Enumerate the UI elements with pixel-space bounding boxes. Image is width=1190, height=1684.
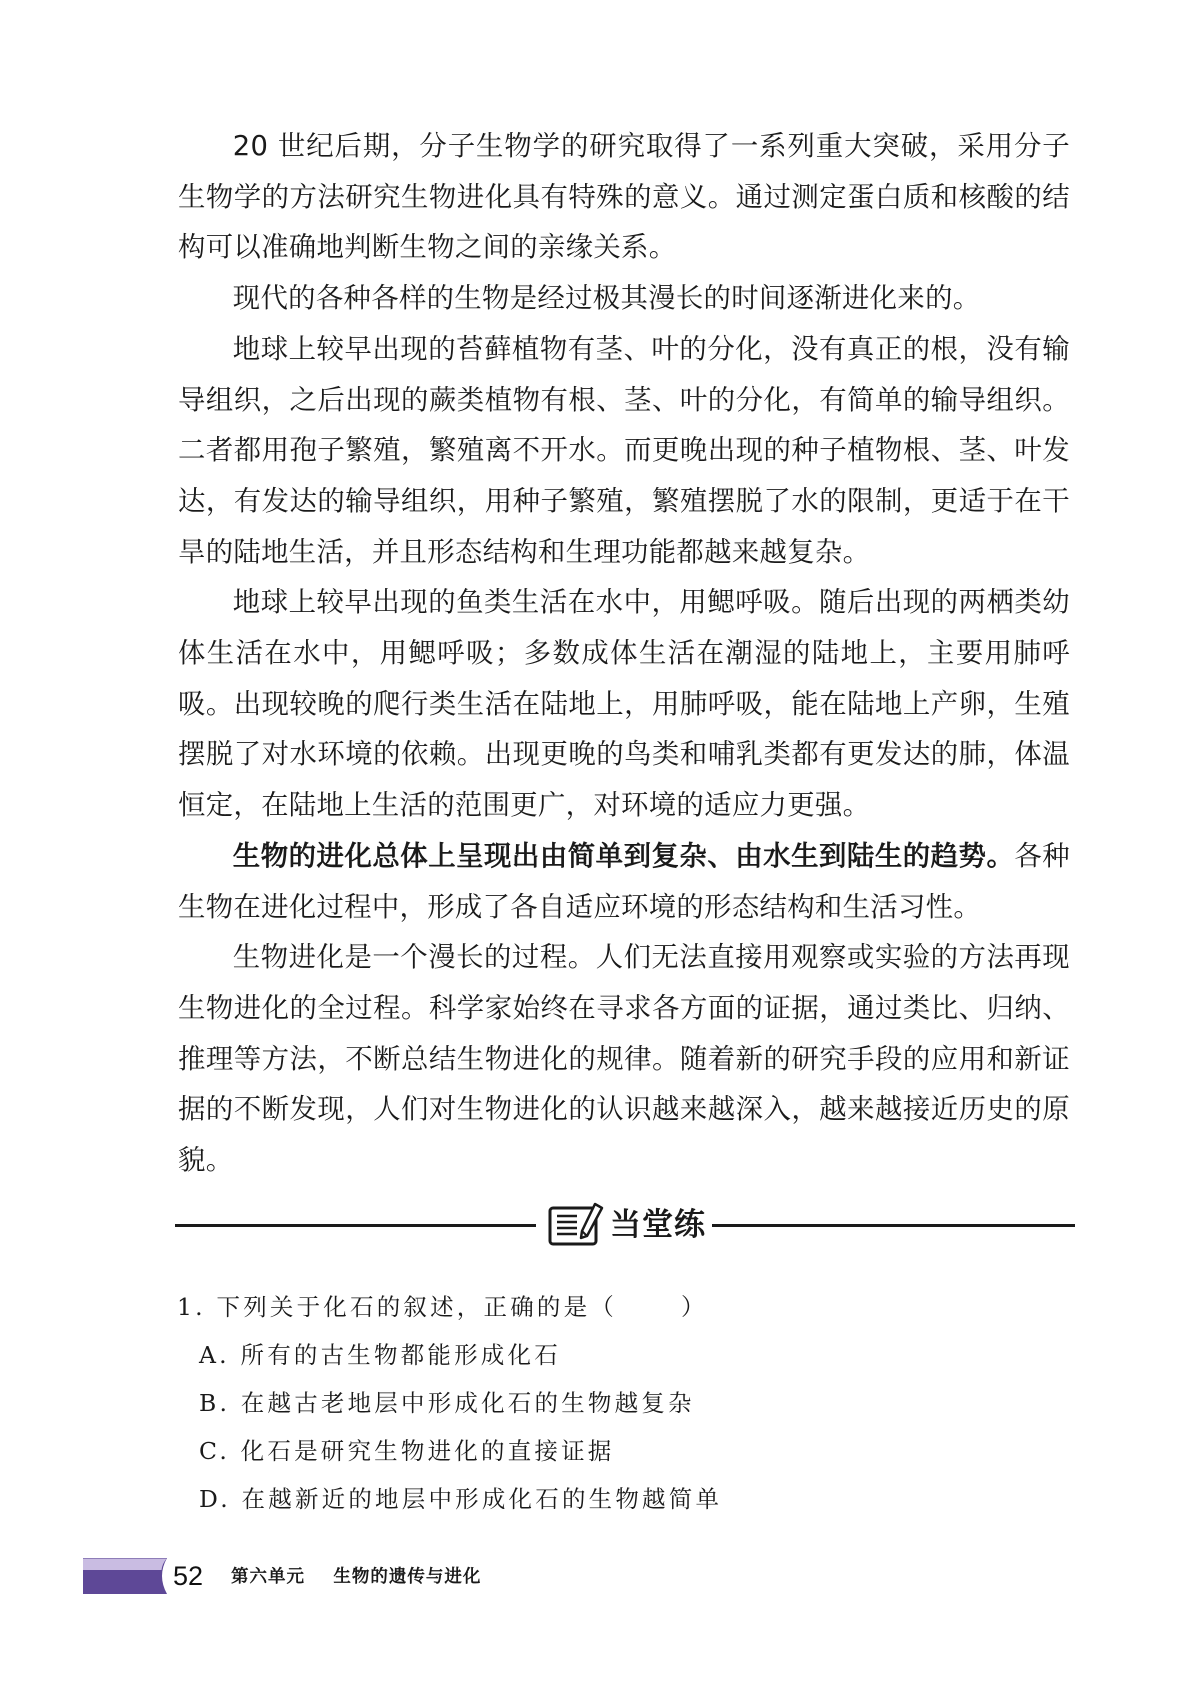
running-title: 第六单元 生物的遗传与进化 [231, 1563, 481, 1591]
exercise-block: 1. 下列关于化石的叙述，正确的是（ ） A. 所有的古生物都能形成化石 B. … [177, 1283, 977, 1523]
paragraph: 地球上较早出现的苔藓植物有茎、叶的分化，没有真正的根，没有输导组织，之后出现的蕨… [178, 325, 1070, 579]
paragraph: 现代的各种各样的生物是经过极其漫长的时间逐渐进化来的。 [178, 274, 1070, 325]
heading-rule-left [175, 1224, 536, 1227]
footer-color-bar [83, 1558, 169, 1594]
paragraph: 生物进化是一个漫长的过程。人们无法直接用观察或实验的方法再现生物进化的全过程。科… [178, 933, 1070, 1187]
paragraph: 地球上较早出现的鱼类生活在水中，用鳃呼吸。随后出现的两栖类幼体生活在水中，用鳃呼… [178, 578, 1070, 832]
page-footer: 52 第六单元 生物的遗传与进化 [83, 1556, 683, 1596]
heading-rule-right [712, 1224, 1075, 1227]
key-point-bold: 生物的进化总体上呈现出由简单到复杂、由水生到陆生的趋势。 [233, 841, 1015, 872]
option-b: B. 在越古老地层中形成化石的生物越复杂 [199, 1379, 977, 1427]
option-c: C. 化石是研究生物进化的直接证据 [199, 1427, 977, 1475]
option-d: D. 在越新近的地层中形成化石的生物越简单 [199, 1475, 977, 1523]
paragraph-key-point: 生物的进化总体上呈现出由简单到复杂、由水生到陆生的趋势。各种生物在进化过程中，形… [178, 832, 1070, 933]
section-heading: 当堂练 [175, 1200, 1075, 1250]
section-title: 当堂练 [610, 1205, 706, 1245]
page-number: 52 [173, 1559, 203, 1593]
body-text: 20 世纪后期，分子生物学的研究取得了一系列重大突破，采用分子生物学的方法研究生… [178, 122, 1070, 1187]
option-a: A. 所有的古生物都能形成化石 [199, 1331, 977, 1379]
question-text: 1. 下列关于化石的叙述，正确的是（ ） [177, 1283, 977, 1331]
notepad-pencil-icon [547, 1202, 607, 1248]
paragraph: 20 世纪后期，分子生物学的研究取得了一系列重大突破，采用分子生物学的方法研究生… [178, 122, 1070, 274]
